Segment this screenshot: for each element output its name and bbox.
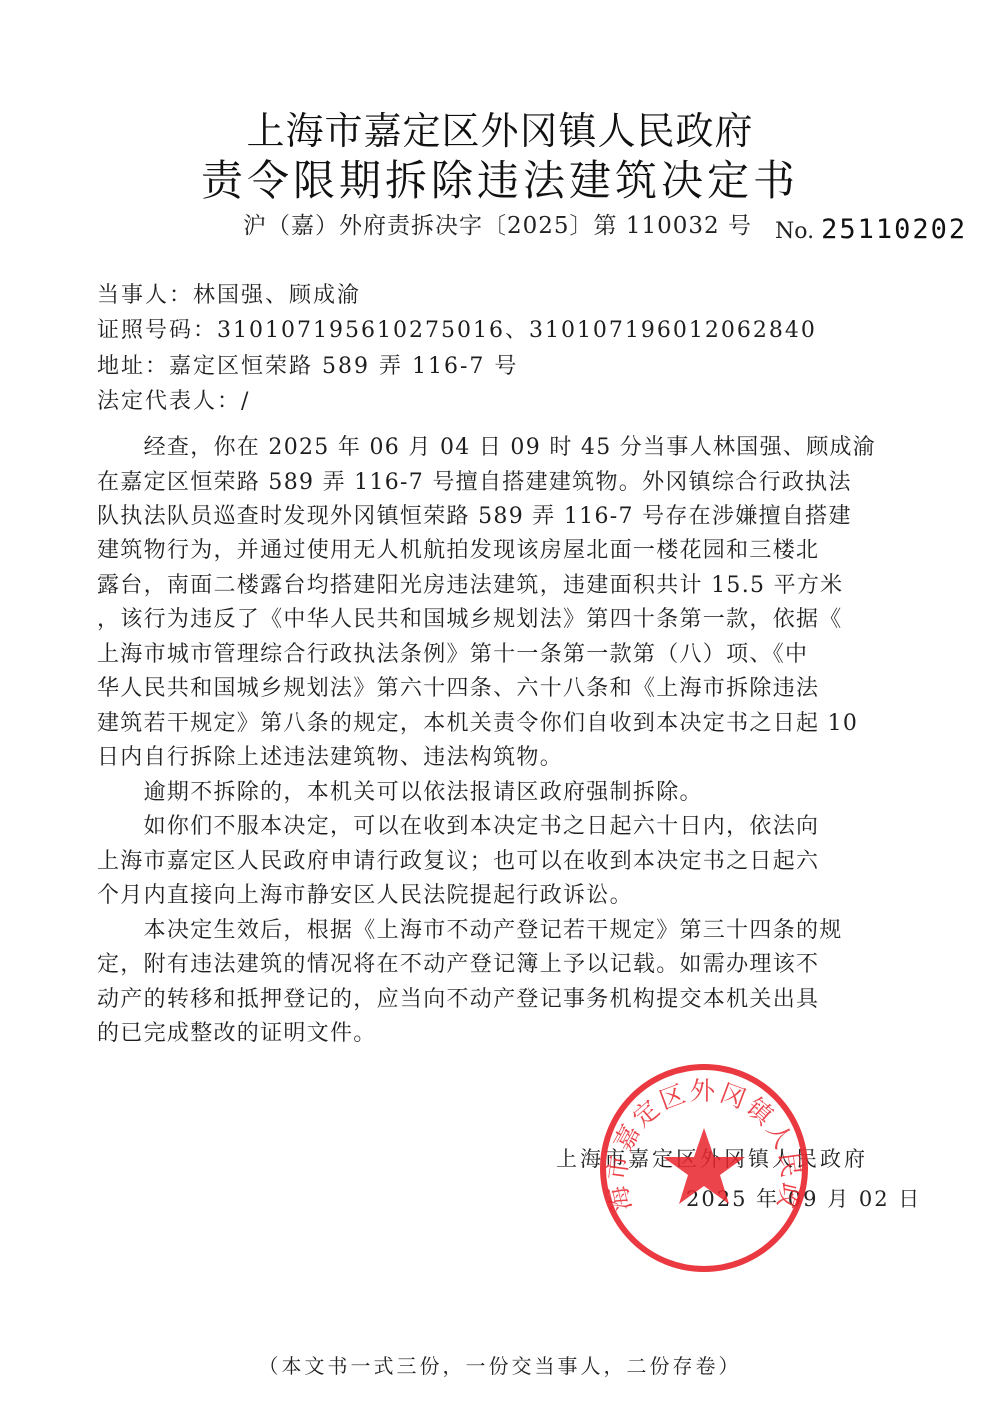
- issue-date: 2025 年 09 月 02 日: [686, 1183, 921, 1213]
- body-line: 的已完成整改的证明文件。: [97, 1016, 377, 1047]
- body-line: 露台，南面二楼露台均搭建阳光房违法建筑，违建面积共计 15.5 平方米: [97, 568, 843, 599]
- document-reference-number: 沪（嘉）外府责拆决字〔2025〕第 110032 号: [243, 207, 752, 240]
- address-field: 地址：嘉定区恒荣路 589 弄 116-7 号: [97, 349, 518, 380]
- legal-representative-field: 法定代表人：/: [97, 384, 250, 415]
- body-line: 日内自行拆除上述违法建筑物、违法构筑物。: [97, 740, 563, 771]
- issuing-organization-title: 上海市嘉定区外冈镇人民政府: [0, 100, 1000, 155]
- body-line: 华人民共和国城乡规划法》第六十四条、六十八条和《上海市拆除违法: [97, 671, 819, 702]
- copies-note: （本文书一式三份，一份交当事人，二份存卷）: [0, 1350, 1000, 1379]
- body-line: 在嘉定区恒荣路 589 弄 116-7 号擅自搭建建筑物。外冈镇综合行政执法: [97, 465, 852, 496]
- serial-number-value: 25110202: [821, 214, 967, 245]
- serial-number: No. 25110202: [775, 214, 967, 245]
- body-line: 逾期不拆除的，本机关可以依法报请区政府强制拆除。: [97, 775, 703, 806]
- body-line: ，该行为违反了《中华人民共和国城乡规划法》第四十条第一款，依据《: [97, 602, 843, 633]
- body-line: 建筑若干规定》第八条的规定，本机关责令你们自收到本决定书之日起 10: [97, 706, 858, 737]
- body-line: 队执法队员巡查时发现外冈镇恒荣路 589 弄 116-7 号存在涉嫌擅自搭建: [97, 499, 852, 530]
- body-line: 定，附有违法建筑的情况将在不动产登记簿上予以记载。如需办理该不: [97, 947, 819, 978]
- body-line: 如你们不服本决定，可以在收到本决定书之日起六十日内，依法向: [97, 809, 819, 840]
- body-line: 上海市城市管理综合行政执法条例》第十一条第一款第（八）项、《中: [97, 637, 808, 668]
- serial-prefix: No.: [775, 219, 814, 244]
- body-line: 本决定生效后，根据《上海市不动产登记若干规定》第三十四条的规: [97, 913, 843, 944]
- body-line: 个月内直接向上海市静安区人民法院提起行政诉讼。: [97, 878, 633, 909]
- issuer-signature: 上海市嘉定区外冈镇人民政府: [556, 1143, 868, 1173]
- body-line: 经查，你在 2025 年 06 月 04 日 09 时 45 分当事人林国强、顾…: [97, 430, 876, 461]
- body-line: 建筑物行为，并通过使用无人机航拍发现该房屋北面一楼花园和三楼北: [97, 533, 819, 564]
- document-title: 责令限期拆除违法建筑决定书: [0, 148, 1000, 208]
- body-line: 动产的转移和抵押登记的，应当向不动产登记事务机构提交本机关出具: [97, 982, 819, 1013]
- party-field: 当事人：林国强、顾成渝: [97, 278, 361, 309]
- id-numbers-field: 证照号码：310107195610275016、3101071960120628…: [97, 313, 817, 344]
- body-line: 上海市嘉定区人民政府申请行政复议；也可以在收到本决定书之日起六: [97, 844, 819, 875]
